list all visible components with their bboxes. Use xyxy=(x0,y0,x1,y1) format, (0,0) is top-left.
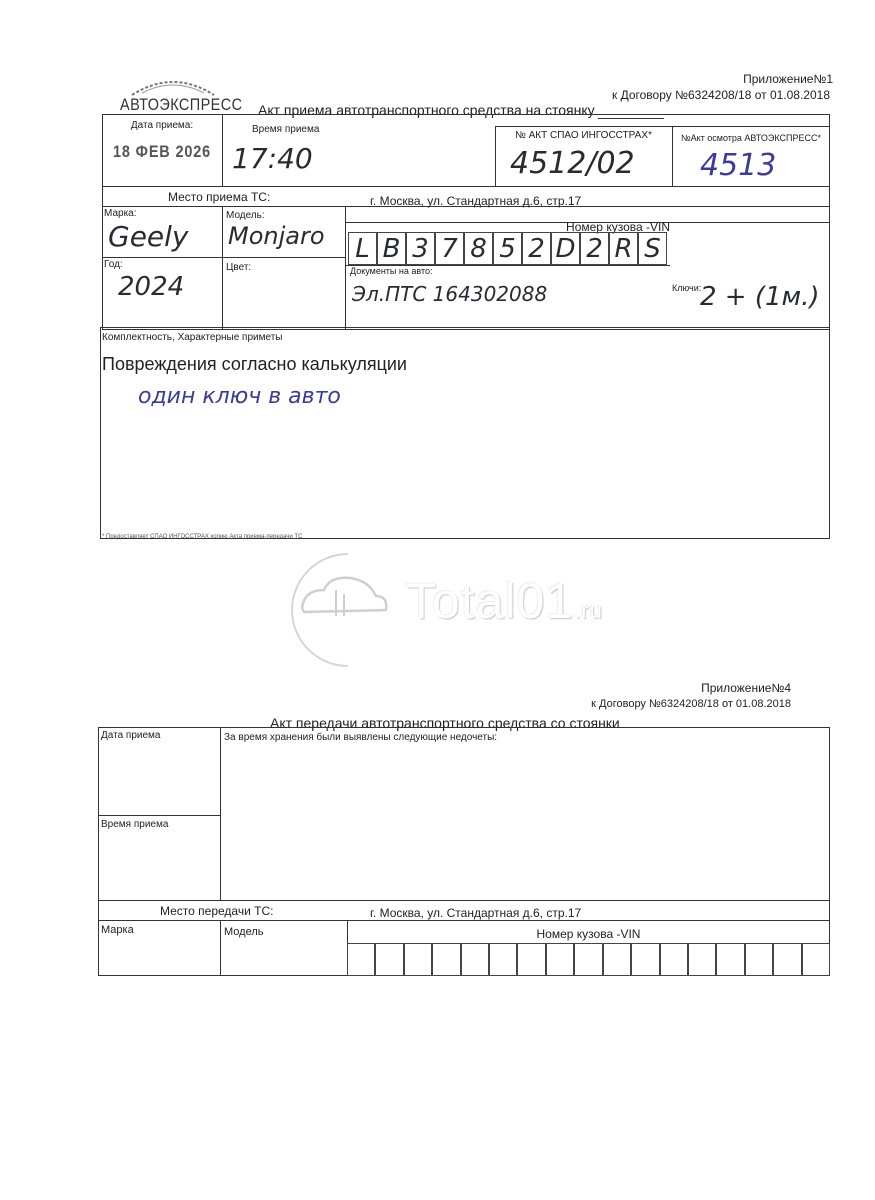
divider xyxy=(345,206,346,330)
divider xyxy=(98,815,220,816)
vin-char-cell: 3 xyxy=(406,232,435,265)
vin-empty-cell xyxy=(688,943,716,976)
divider xyxy=(222,114,223,186)
keys-label: Ключи: xyxy=(672,283,701,293)
vin-empty-cell xyxy=(375,943,403,976)
release-vin-label: Номер кузова -VIN xyxy=(347,927,830,941)
keys-value: 2 + (1м.) xyxy=(700,282,820,312)
make-value: Geely xyxy=(108,220,189,253)
vin-empty-cell xyxy=(432,943,460,976)
vin-char-cell: R xyxy=(609,232,638,265)
features-handwritten: один ключ в авто xyxy=(138,384,341,409)
divider xyxy=(495,126,830,127)
vin-char-cell: 5 xyxy=(493,232,522,265)
logo-text: АВТОЭКСПРЕСС xyxy=(120,95,242,115)
vin-empty-cell xyxy=(347,943,375,976)
inspection-act-label: №Акт осмотра АВТОЭКСПРЕСС* xyxy=(672,133,830,143)
release-date-label: Дата приема xyxy=(101,730,160,741)
appendix-1-label: Приложение№1 xyxy=(743,72,833,86)
vin-empty-cell xyxy=(631,943,659,976)
footnote: * Предоставляет СПАО ИНГОССТРАХ копию Ак… xyxy=(102,534,302,540)
vin-empty-cell xyxy=(802,943,830,976)
vin-char-cell: S xyxy=(638,232,667,265)
divider xyxy=(102,257,345,258)
make-label: Марка: xyxy=(104,208,137,219)
transfer-place-value: г. Москва, ул. Стандартная д.6, стр.17 xyxy=(370,906,581,920)
vin-char-cell: L xyxy=(348,232,377,265)
vin-char-cell: 2 xyxy=(580,232,609,265)
vin-char-cell: B xyxy=(377,232,406,265)
transfer-place-label: Место передачи ТС: xyxy=(160,904,273,918)
watermark-car-logo-icon xyxy=(288,550,408,670)
release-time-label: Время приема xyxy=(101,819,168,830)
color-label: Цвет: xyxy=(226,262,251,273)
ingos-act-label: № АКТ СПАО ИНГОССТРАХ* xyxy=(495,130,672,141)
date-stamp: 18 ФЕВ 2026 xyxy=(111,142,213,162)
vin-empty-cell xyxy=(546,943,574,976)
car-roof-logo-icon xyxy=(128,75,218,97)
features-printed: Повреждения согласно калькуляции xyxy=(102,354,407,375)
vin-char-cell: D xyxy=(551,232,580,265)
vin-char-cell: 7 xyxy=(435,232,464,265)
defects-label: За время хранения были выявлены следующи… xyxy=(224,732,497,743)
vin-empty-cell xyxy=(603,943,631,976)
date-label: Дата приема: xyxy=(102,120,222,131)
features-label: Комплектность, Характерные приметы xyxy=(102,332,283,343)
divider xyxy=(220,920,221,976)
contract-reference-2: к Договору №6324208/18 от 01.08.2018 xyxy=(591,698,791,710)
model-label: Модель: xyxy=(226,210,265,221)
release-model-label: Модель xyxy=(224,926,263,938)
vin-empty-cell xyxy=(489,943,517,976)
year-label: Год: xyxy=(104,259,123,270)
place-value: г. Москва, ул. Стандартная д.6, стр.17 xyxy=(370,194,581,208)
divider xyxy=(220,727,221,900)
vin-char-cell: 2 xyxy=(522,232,551,265)
place-label: Место приема ТС: xyxy=(168,190,270,204)
watermark-text: Total01.ru xyxy=(406,572,603,630)
divider xyxy=(222,206,223,330)
documents-value: Эл.ПТС 164302088 xyxy=(352,282,547,306)
vin-char-cell: 8 xyxy=(464,232,493,265)
vin-empty-cell xyxy=(574,943,602,976)
appendix-4-label: Приложение№4 xyxy=(701,681,791,695)
documents-label: Документы на авто: xyxy=(350,266,433,276)
vin-empty-cell xyxy=(660,943,688,976)
vin-empty-cell xyxy=(461,943,489,976)
vin-empty-cell xyxy=(404,943,432,976)
release-make-label: Марка xyxy=(101,924,134,936)
watermark: Total01.ru xyxy=(288,550,618,670)
year-value: 2024 xyxy=(118,272,184,302)
divider xyxy=(102,186,830,187)
vin-empty-cell xyxy=(773,943,801,976)
vin-empty-cell xyxy=(517,943,545,976)
vin-empty-cell xyxy=(745,943,773,976)
contract-reference-1: к Договору №6324208/18 от 01.08.2018 xyxy=(612,88,830,102)
vin-empty-cell xyxy=(716,943,744,976)
ingos-act-number: 4512/02 xyxy=(510,146,635,181)
model-value: Monjaro xyxy=(228,222,325,250)
time-label: Время приема xyxy=(252,124,319,135)
divider xyxy=(98,920,830,921)
time-value: 17:40 xyxy=(232,142,313,175)
avtoexpress-logo: АВТОЭКСПРЕСС xyxy=(118,75,228,117)
divider xyxy=(98,900,830,901)
inspection-act-number: 4513 xyxy=(700,148,776,183)
